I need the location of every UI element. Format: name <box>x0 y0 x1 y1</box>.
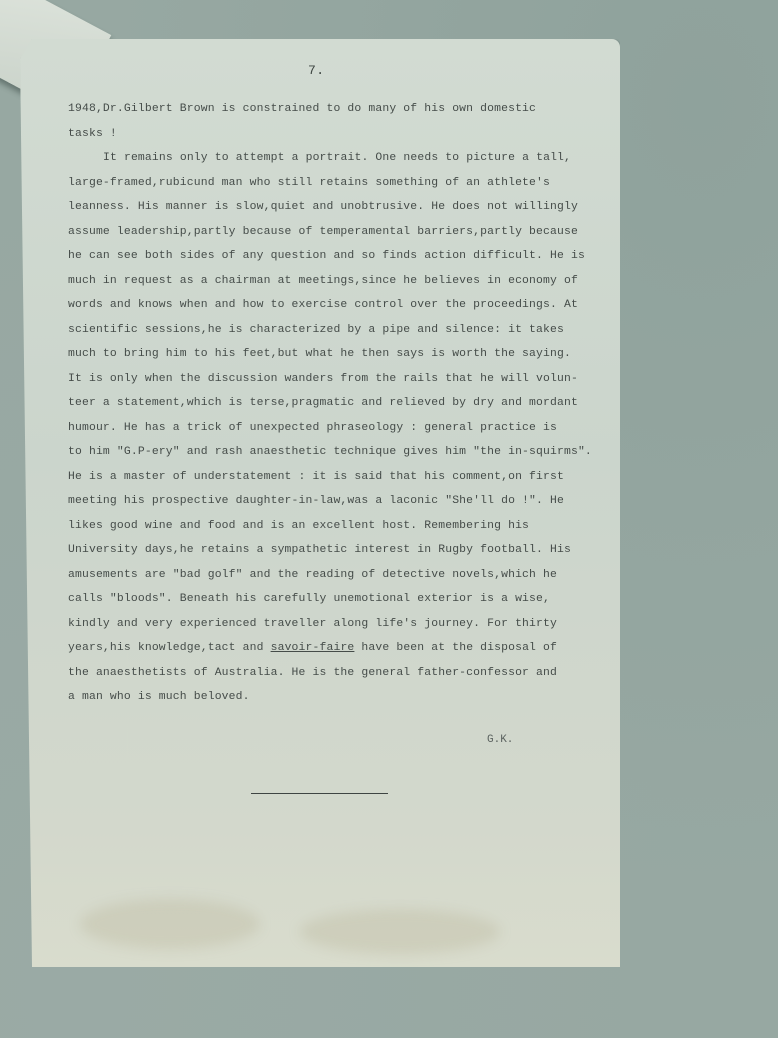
text-line: tasks ! <box>68 122 628 147</box>
text-line: likes good wine and food and is an excel… <box>68 514 628 539</box>
text-line: He is a master of understatement : it is… <box>68 465 628 490</box>
text-line: large-framed,rubicund man who still reta… <box>68 171 628 196</box>
text-line: amusements are "bad golf" and the readin… <box>68 563 628 588</box>
section-divider <box>251 793 388 794</box>
text-line: to him "G.P-ery" and rash anaesthetic te… <box>68 440 628 465</box>
text-line: kindly and very experienced traveller al… <box>68 612 628 637</box>
text-line: scientific sessions,he is characterized … <box>68 318 628 343</box>
text-line: he can see both sides of any question an… <box>68 244 628 269</box>
text-line-with-underline: years,his knowledge,tact and savoir-fair… <box>68 636 628 661</box>
text-line: University days,he retains a sympathetic… <box>68 538 628 563</box>
text-line: 1948,Dr.Gilbert Brown is constrained to … <box>68 97 628 122</box>
text-line: much in request as a chairman at meeting… <box>68 269 628 294</box>
underlined-phrase: savoir-faire <box>271 642 355 654</box>
text-line: It remains only to attempt a portrait. O… <box>68 146 628 171</box>
text-line: meeting his prospective daughter-in-law,… <box>68 489 628 514</box>
text-line: It is only when the discussion wanders f… <box>68 367 628 392</box>
text-line: teer a statement,which is terse,pragmati… <box>68 391 628 416</box>
document-page: 7. 1948,Dr.Gilbert Brown is constrained … <box>20 39 620 967</box>
paper-stain <box>300 909 500 954</box>
text-line: the anaesthetists of Australia. He is th… <box>68 661 628 686</box>
text-line: a man who is much beloved. <box>68 685 628 710</box>
author-initials: G.K. <box>487 734 513 746</box>
text-line: humour. He has a trick of unexpected phr… <box>68 416 628 441</box>
text-line: much to bring him to his feet,but what h… <box>68 342 628 367</box>
document-body: 1948,Dr.Gilbert Brown is constrained to … <box>68 97 628 710</box>
text-segment: years,his knowledge,tact and <box>68 642 271 654</box>
page-number: 7. <box>308 63 325 78</box>
text-line: words and knows when and how to exercise… <box>68 293 628 318</box>
paper-stain <box>80 899 260 949</box>
text-line: leanness. His manner is slow,quiet and u… <box>68 195 628 220</box>
text-line: assume leadership,partly because of temp… <box>68 220 628 245</box>
text-line: calls "bloods". Beneath his carefully un… <box>68 587 628 612</box>
text-segment: have been at the disposal of <box>354 642 557 654</box>
